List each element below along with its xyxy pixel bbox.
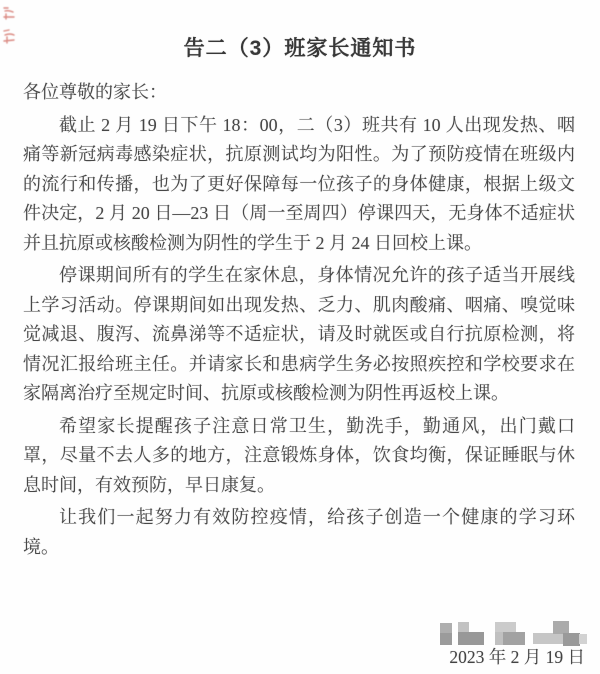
notice-document: 告二（3）班家长通知书 各位尊敬的家长： 截止 2 月 19 日下午 18：00… — [0, 0, 600, 674]
salutation: 各位尊敬的家长： — [23, 78, 575, 108]
paragraph-home-rest-instructions: 停课期间所有的学生在家休息，身体情况允许的孩子适当开展线上学习活动。停课期间如出… — [23, 261, 575, 409]
notice-date: 2023 年 2 月 19 日 — [449, 644, 585, 669]
notice-title: 告二（3）班家长通知书 — [0, 32, 600, 62]
redaction-block — [579, 634, 587, 644]
redaction-block — [533, 633, 564, 644]
paragraph-closing: 让我们一起努力有效防控疫情，给孩子创造一个健康的学习环境。 — [23, 503, 575, 562]
paragraph-outbreak-and-suspension: 截止 2 月 19 日下午 18：00，二（3）班共有 10 人出现发热、咽痛等… — [23, 111, 575, 259]
redacted-signature — [433, 612, 587, 646]
paragraph-health-reminders: 希望家长提醒孩子注意日常卫生，勤洗手，勤通风，出门戴口罩，尽量不去人多的地方，注… — [23, 412, 575, 501]
notice-body: 各位尊敬的家长： 截止 2 月 19 日下午 18：00，二（3）班共有 10 … — [23, 78, 575, 562]
